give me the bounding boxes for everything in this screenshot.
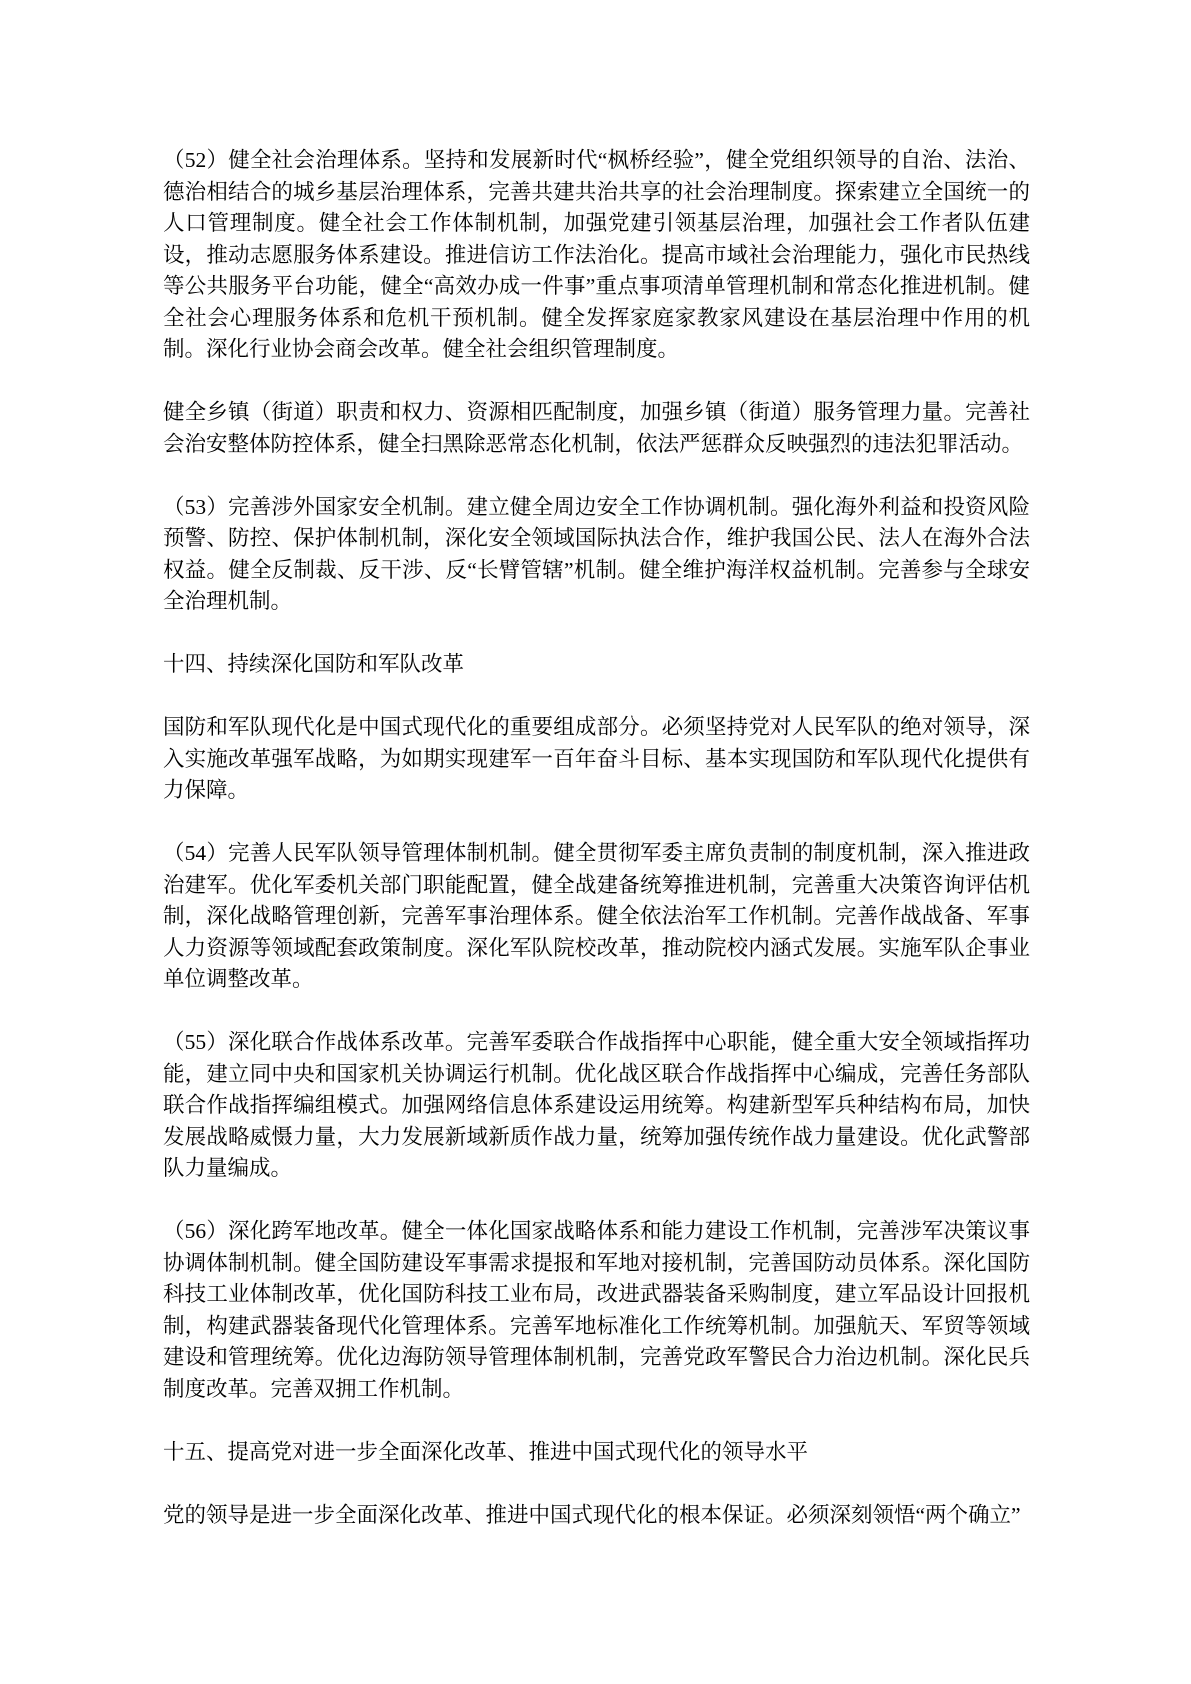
paragraph-township-street: 健全乡镇（街道）职责和权力、资源相匹配制度，加强乡镇（街道）服务管理力量。完善社…: [163, 397, 1030, 460]
paragraph-54-military-leadership: （54）完善人民军队领导管理体制机制。健全贯彻军委主席负责制的制度机制，深入推进…: [163, 838, 1030, 996]
document-page: （52）健全社会治理体系。坚持和发展新时代“枫桥经验”，健全党组织领导的自治、法…: [0, 0, 1191, 1684]
paragraph-53-foreign-security: （53）完善涉外国家安全机制。建立健全周边安全工作协调机制。强化海外利益和投资风…: [163, 492, 1030, 618]
paragraph-52-social-governance: （52）健全社会治理体系。坚持和发展新时代“枫桥经验”，健全党组织领导的自治、法…: [163, 145, 1030, 366]
section-heading-15: 十五、提高党对进一步全面深化改革、推进中国式现代化的领导水平: [163, 1437, 1030, 1469]
paragraph-56-military-civilian-reform: （56）深化跨军地改革。健全一体化国家战略体系和能力建设工作机制，完善涉军决策议…: [163, 1216, 1030, 1405]
paragraph-defense-modernization-intro: 国防和军队现代化是中国式现代化的重要组成部分。必须坚持党对人民军队的绝对领导，深…: [163, 712, 1030, 807]
paragraph-55-joint-operations: （55）深化联合作战体系改革。完善军委联合作战指挥中心职能，健全重大安全领域指挥…: [163, 1027, 1030, 1185]
paragraph-party-leadership: 党的领导是进一步全面深化改革、推进中国式现代化的根本保证。必须深刻领悟“两个确立…: [163, 1500, 1030, 1532]
section-heading-14: 十四、持续深化国防和军队改革: [163, 649, 1030, 681]
